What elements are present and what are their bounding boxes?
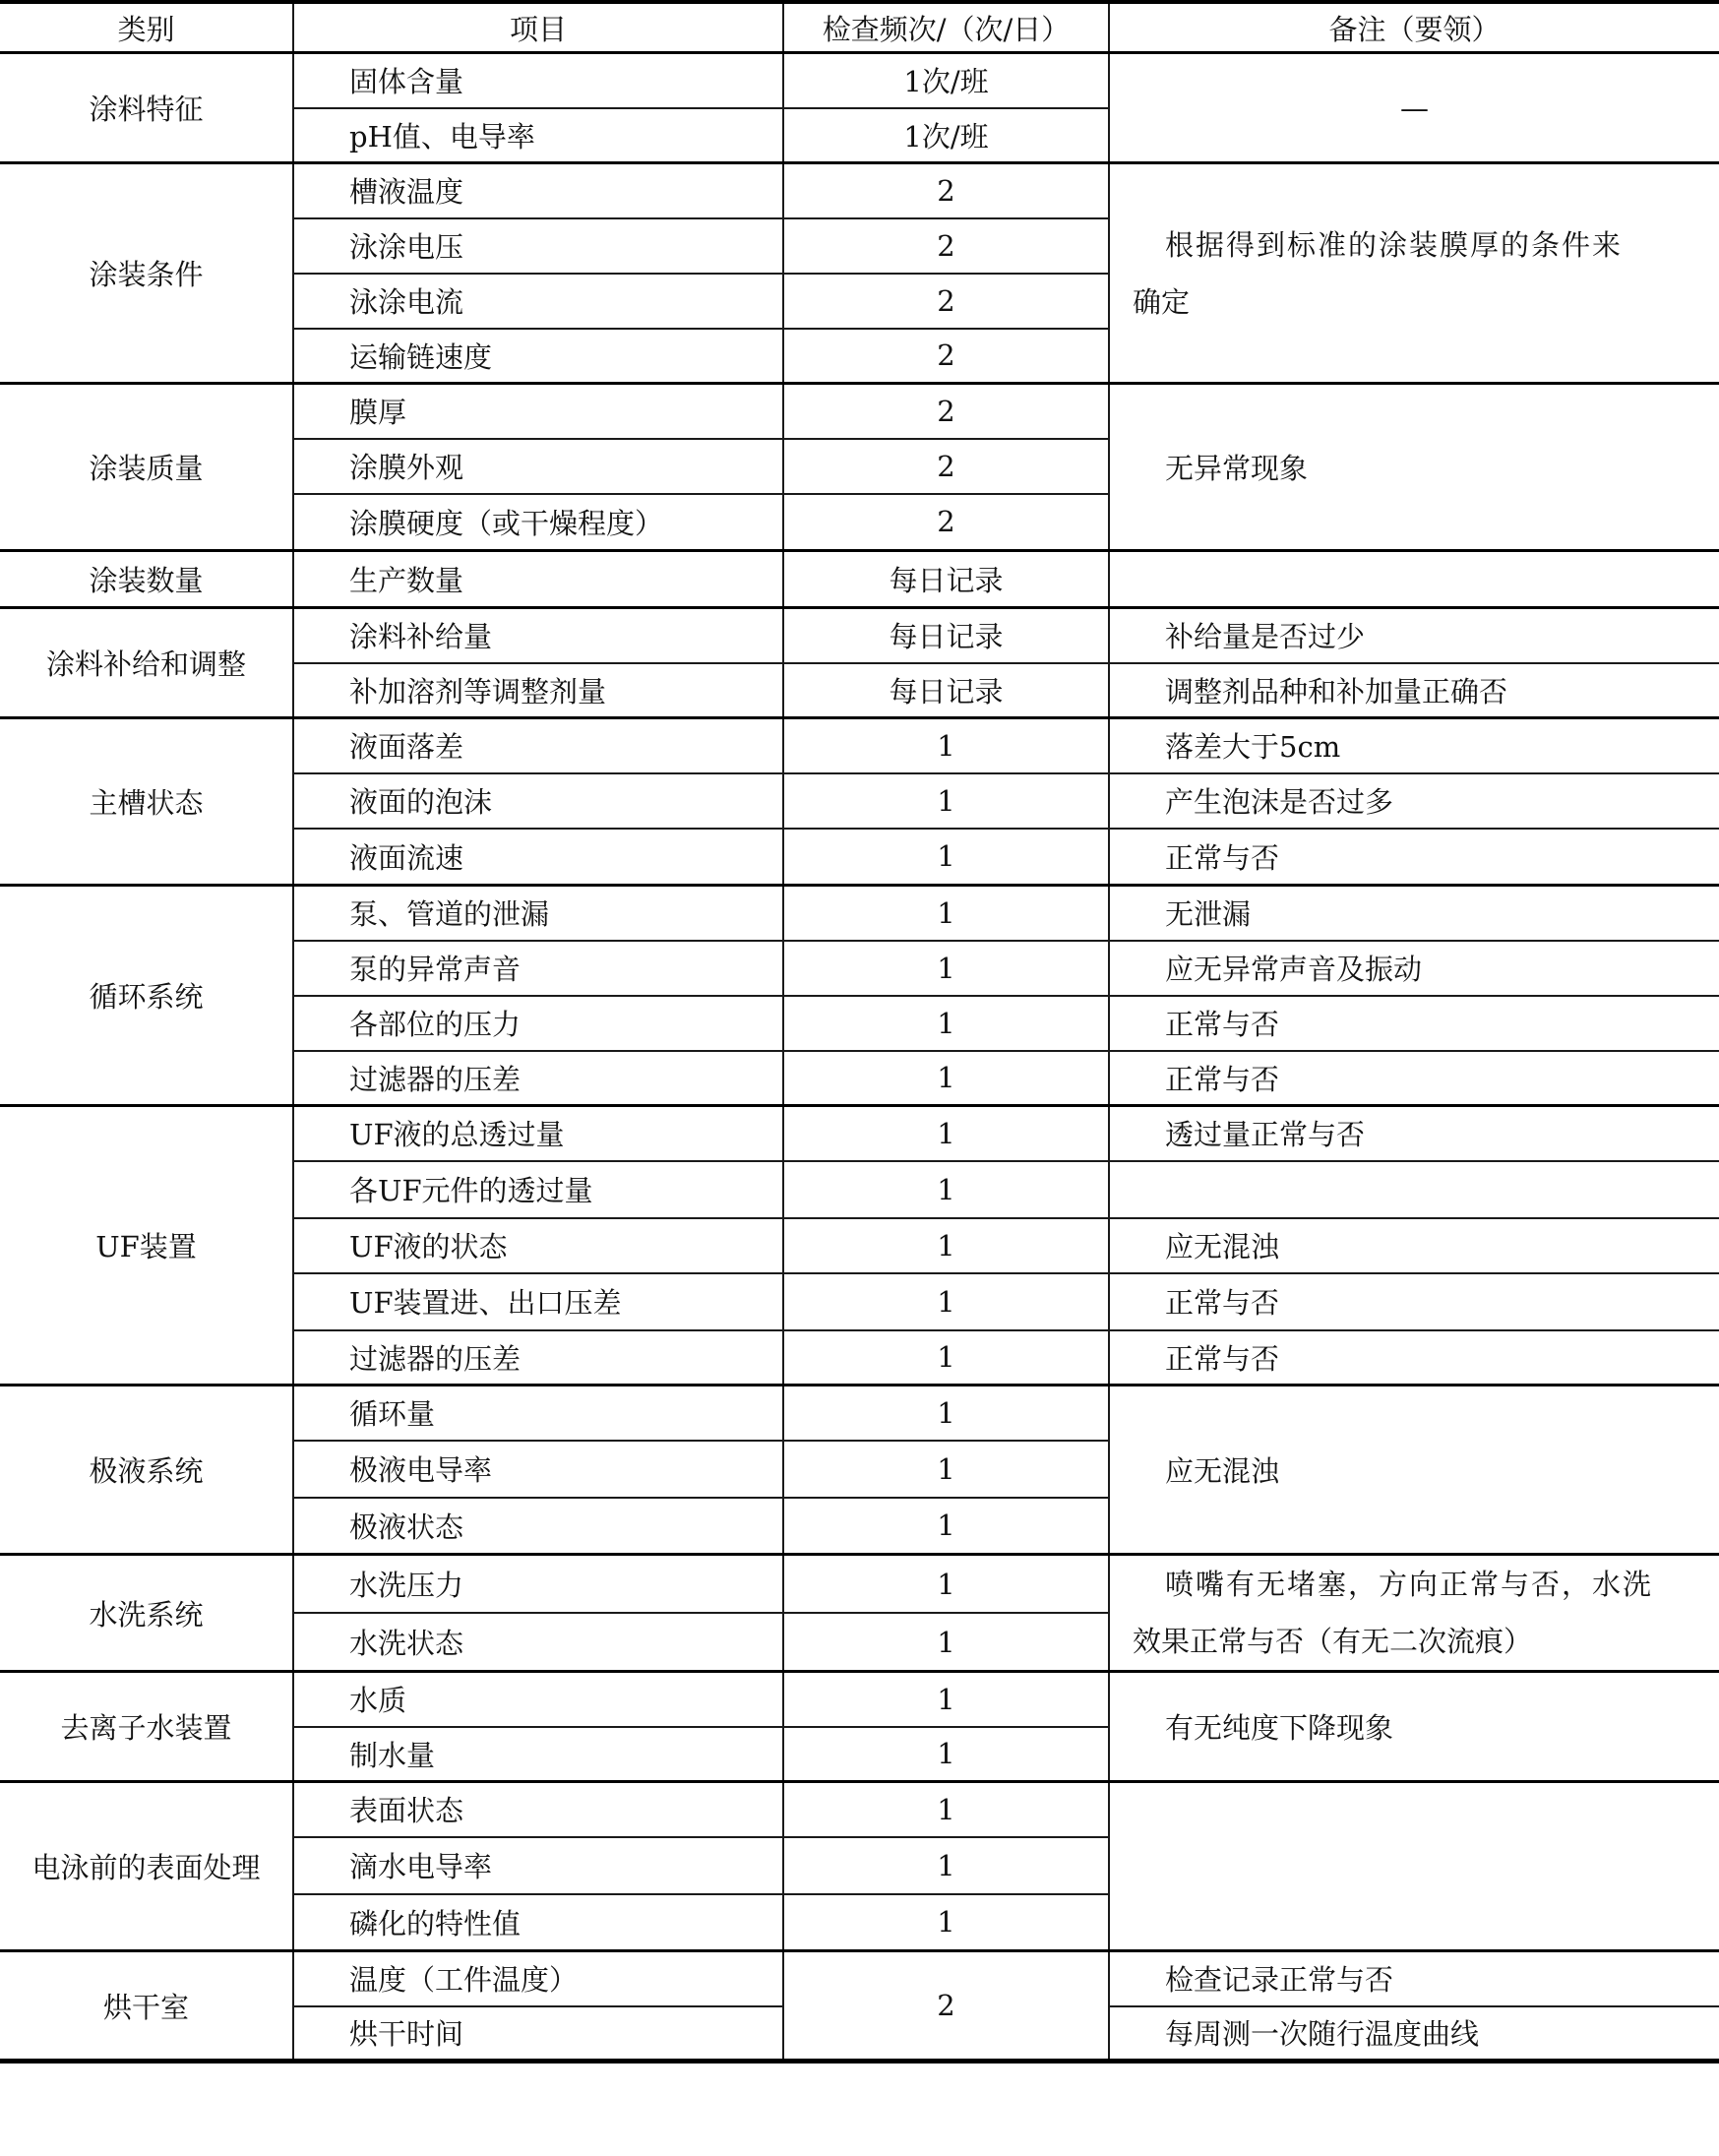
- category-cell: 涂料补给和调整: [0, 608, 293, 718]
- note-cell: 无异常现象: [1109, 384, 1719, 551]
- item-cell: 涂膜硬度（或干燥程度）: [293, 494, 783, 551]
- item-cell: 运输链速度: [293, 329, 783, 384]
- frequency-cell: 2: [783, 218, 1109, 274]
- category-cell: 水洗系统: [0, 1555, 293, 1672]
- item-cell: 补加溶剂等调整剂量: [293, 663, 783, 718]
- table-row: 去离子水装置 水质 1 有无纯度下降现象: [0, 1672, 1719, 1727]
- table-row: 极液系统 循环量 1 应无混浊: [0, 1386, 1719, 1441]
- frequency-cell: 1: [783, 1161, 1109, 1218]
- item-cell: 液面流速: [293, 829, 783, 886]
- table-row: 涂装质量 膜厚 2 无异常现象: [0, 384, 1719, 439]
- frequency-cell: 1: [783, 1218, 1109, 1273]
- inspection-table: 类别 项目 检查频次/（次/日） 备注（要领） 涂料特征 固体含量 1次/班 —…: [0, 0, 1719, 2064]
- item-cell: 泳涂电压: [293, 218, 783, 274]
- category-cell: 烘干室: [0, 1951, 293, 2062]
- note-cell: 正常与否: [1109, 1051, 1719, 1106]
- frequency-cell: 1: [783, 718, 1109, 773]
- note-cell: —: [1109, 53, 1719, 163]
- item-cell: 生产数量: [293, 551, 783, 608]
- frequency-cell: 1: [783, 1441, 1109, 1498]
- header-row: 类别 项目 检查频次/（次/日） 备注（要领）: [0, 2, 1719, 53]
- table-row: 涂料补给和调整 涂料补给量 每日记录 补给量是否过少: [0, 608, 1719, 663]
- table-row: 烘干室 温度（工件温度） 2 检查记录正常与否: [0, 1951, 1719, 2006]
- item-cell: 各部位的压力: [293, 996, 783, 1051]
- item-cell: 极液电导率: [293, 1441, 783, 1498]
- item-cell: 极液状态: [293, 1498, 783, 1555]
- item-cell: UF装置进、出口压差: [293, 1273, 783, 1330]
- item-cell: 滴水电导率: [293, 1837, 783, 1894]
- item-cell: 过滤器的压差: [293, 1330, 783, 1386]
- frequency-cell: 2: [783, 439, 1109, 494]
- item-cell: 过滤器的压差: [293, 1051, 783, 1106]
- note-cell: 产生泡沫是否过多: [1109, 773, 1719, 829]
- item-cell: 槽液温度: [293, 163, 783, 218]
- note-cell: 落差大于5cm: [1109, 718, 1719, 773]
- frequency-cell: 1: [783, 886, 1109, 941]
- note-cell: 每周测一次随行温度曲线: [1109, 2006, 1719, 2062]
- frequency-cell: 每日记录: [783, 663, 1109, 718]
- item-cell: 温度（工件温度）: [293, 1951, 783, 2006]
- frequency-cell: 1次/班: [783, 108, 1109, 163]
- frequency-cell: 1: [783, 1273, 1109, 1330]
- frequency-cell: 1: [783, 1106, 1109, 1161]
- item-cell: 泵的异常声音: [293, 941, 783, 996]
- category-cell: 主槽状态: [0, 718, 293, 886]
- frequency-cell: 1次/班: [783, 53, 1109, 108]
- item-cell: 水洗状态: [293, 1613, 783, 1672]
- note-cell: 喷嘴有无堵塞，方向正常与否，水洗 效果正常与否（有无二次流痕）: [1109, 1555, 1719, 1672]
- frequency-cell: 2: [783, 384, 1109, 439]
- item-cell: UF液的总透过量: [293, 1106, 783, 1161]
- item-cell: 各UF元件的透过量: [293, 1161, 783, 1218]
- item-cell: 固体含量: [293, 53, 783, 108]
- item-cell: 水质: [293, 1672, 783, 1727]
- note-cell: 正常与否: [1109, 1330, 1719, 1386]
- item-cell: 烘干时间: [293, 2006, 783, 2062]
- frequency-cell: 2: [783, 1951, 1109, 2062]
- note-cell: 检查记录正常与否: [1109, 1951, 1719, 2006]
- frequency-cell: 1: [783, 1386, 1109, 1441]
- item-cell: 泵、管道的泄漏: [293, 886, 783, 941]
- category-cell: 电泳前的表面处理: [0, 1782, 293, 1951]
- note-cell: 有无纯度下降现象: [1109, 1672, 1719, 1782]
- note-cell: 透过量正常与否: [1109, 1106, 1719, 1161]
- category-cell: 去离子水装置: [0, 1672, 293, 1782]
- frequency-cell: 1: [783, 996, 1109, 1051]
- frequency-cell: 2: [783, 274, 1109, 329]
- table-row: 主槽状态 液面落差 1 落差大于5cm: [0, 718, 1719, 773]
- item-cell: 液面的泡沫: [293, 773, 783, 829]
- frequency-cell: 1: [783, 1330, 1109, 1386]
- table-row: 循环系统 泵、管道的泄漏 1 无泄漏: [0, 886, 1719, 941]
- frequency-cell: 1: [783, 1894, 1109, 1951]
- note-cell: 应无混浊: [1109, 1386, 1719, 1555]
- item-cell: pH值、电导率: [293, 108, 783, 163]
- note-line: 效果正常与否（有无二次流痕）: [1133, 1613, 1709, 1670]
- frequency-cell: 2: [783, 329, 1109, 384]
- category-cell: 极液系统: [0, 1386, 293, 1555]
- category-cell: UF装置: [0, 1106, 293, 1386]
- header-frequency: 检查频次/（次/日）: [783, 2, 1109, 53]
- item-cell: 涂料补给量: [293, 608, 783, 663]
- note-cell: 调整剂品种和补加量正确否: [1109, 663, 1719, 718]
- item-cell: 泳涂电流: [293, 274, 783, 329]
- note-cell: 正常与否: [1109, 996, 1719, 1051]
- frequency-cell: 1: [783, 1555, 1109, 1614]
- table-row: 涂装数量 生产数量 每日记录: [0, 551, 1719, 608]
- category-cell: 循环系统: [0, 886, 293, 1106]
- frequency-cell: 1: [783, 1837, 1109, 1894]
- note-cell: [1109, 1782, 1719, 1951]
- category-cell: 涂装数量: [0, 551, 293, 608]
- item-cell: 涂膜外观: [293, 439, 783, 494]
- note-cell: 无泄漏: [1109, 886, 1719, 941]
- note-line: 根据得到标准的涂装膜厚的条件来: [1133, 216, 1709, 274]
- table-row: 涂料特征 固体含量 1次/班 —: [0, 53, 1719, 108]
- frequency-cell: 1: [783, 1782, 1109, 1837]
- table-row: 水洗系统 水洗压力 1 喷嘴有无堵塞，方向正常与否，水洗 效果正常与否（有无二次…: [0, 1555, 1719, 1614]
- item-cell: 液面落差: [293, 718, 783, 773]
- frequency-cell: 1: [783, 1672, 1109, 1727]
- frequency-cell: 1: [783, 1613, 1109, 1672]
- frequency-cell: 1: [783, 1051, 1109, 1106]
- item-cell: 表面状态: [293, 1782, 783, 1837]
- item-cell: 制水量: [293, 1727, 783, 1782]
- frequency-cell: 每日记录: [783, 608, 1109, 663]
- note-cell: 补给量是否过少: [1109, 608, 1719, 663]
- item-cell: 磷化的特性值: [293, 1894, 783, 1951]
- frequency-cell: 2: [783, 163, 1109, 218]
- note-cell: [1109, 551, 1719, 608]
- table-row: 涂装条件 槽液温度 2 根据得到标准的涂装膜厚的条件来 确定: [0, 163, 1719, 218]
- header-category: 类别: [0, 2, 293, 53]
- frequency-cell: 1: [783, 829, 1109, 886]
- category-cell: 涂料特征: [0, 53, 293, 163]
- table-row: UF装置 UF液的总透过量 1 透过量正常与否: [0, 1106, 1719, 1161]
- note-cell: 应无混浊: [1109, 1218, 1719, 1273]
- header-item: 项目: [293, 2, 783, 53]
- category-cell: 涂装质量: [0, 384, 293, 551]
- header-note: 备注（要领）: [1109, 2, 1719, 53]
- frequency-cell: 1: [783, 773, 1109, 829]
- category-cell: 涂装条件: [0, 163, 293, 384]
- item-cell: 循环量: [293, 1386, 783, 1441]
- note-cell: [1109, 1161, 1719, 1218]
- frequency-cell: 1: [783, 1727, 1109, 1782]
- note-cell: 正常与否: [1109, 1273, 1719, 1330]
- note-line: 确定: [1133, 274, 1709, 331]
- note-cell: 应无异常声音及振动: [1109, 941, 1719, 996]
- frequency-cell: 每日记录: [783, 551, 1109, 608]
- item-cell: 水洗压力: [293, 1555, 783, 1614]
- frequency-cell: 1: [783, 1498, 1109, 1555]
- note-cell: 根据得到标准的涂装膜厚的条件来 确定: [1109, 163, 1719, 384]
- note-cell: 正常与否: [1109, 829, 1719, 886]
- item-cell: 膜厚: [293, 384, 783, 439]
- frequency-cell: 1: [783, 941, 1109, 996]
- item-cell: UF液的状态: [293, 1218, 783, 1273]
- note-line: 喷嘴有无堵塞，方向正常与否，水洗: [1133, 1556, 1709, 1613]
- frequency-cell: 2: [783, 494, 1109, 551]
- table-row: 电泳前的表面处理 表面状态 1: [0, 1782, 1719, 1837]
